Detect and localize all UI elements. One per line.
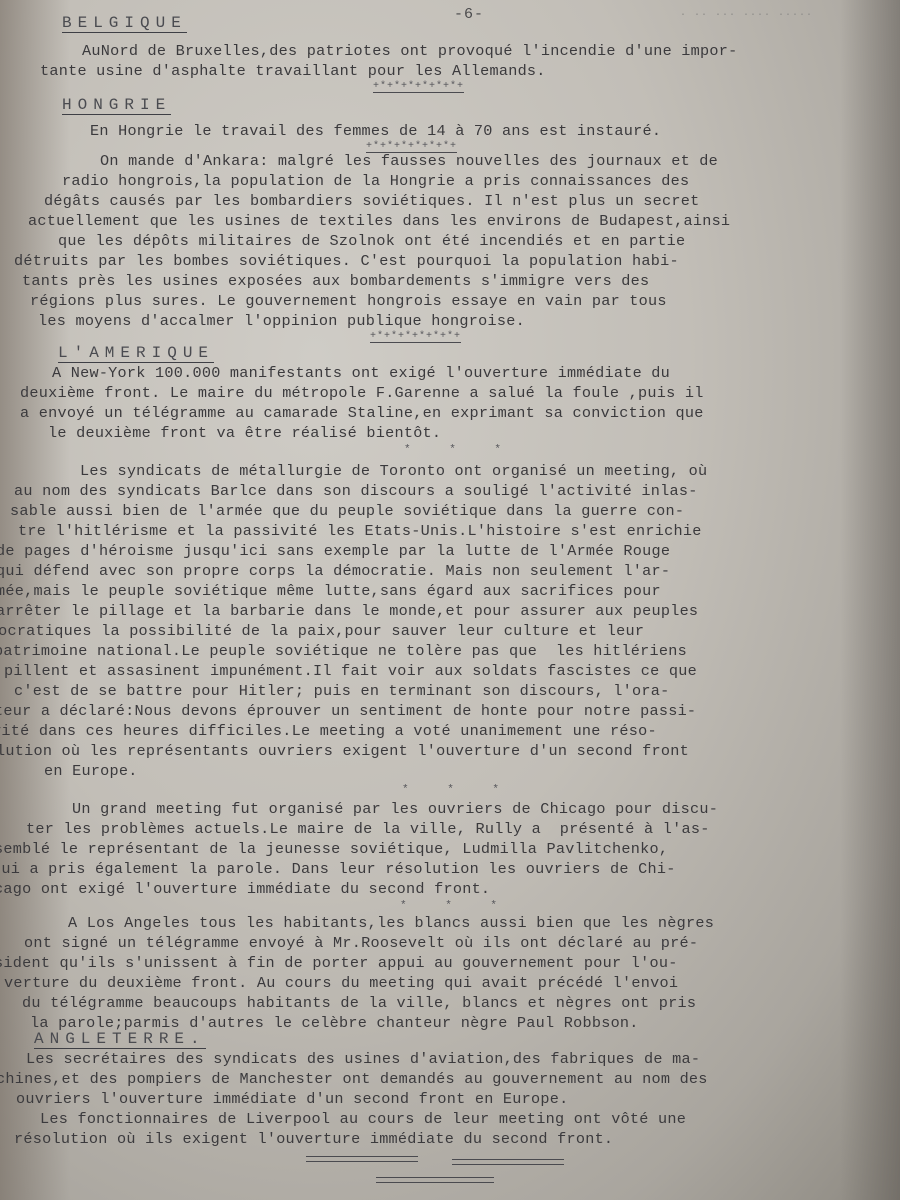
closing-rule-left — [306, 1156, 418, 1162]
separator: * * * — [404, 444, 517, 456]
toronto-para-line: teur a déclaré:Nous devons éprouver un s… — [0, 702, 696, 720]
faint-top-note: · ·· ··· ···· ····· — [680, 10, 813, 21]
separator: * * * — [402, 784, 515, 796]
toronto-para-line: Les syndicats de métallurgie de Toronto … — [80, 462, 707, 480]
amerique-para-line: A New-York 100.000 manifestants ont exig… — [52, 364, 670, 382]
chicago-para-line: ter les problèmes actuels.Le maire de la… — [26, 820, 710, 838]
heading-amerique: L'AMERIQUE — [58, 344, 214, 363]
toronto-para-line: qui défend avec son propre corps la démo… — [0, 562, 670, 580]
losangeles-para-line: ont signé un télégramme envoyé à Mr.Roos… — [24, 934, 698, 952]
chicago-para-line: cago ont exigé l'ouverture immédiate du … — [0, 880, 490, 898]
toronto-para-line: mée,mais le peuple soviétique même lutte… — [0, 582, 661, 600]
chicago-para-line: semblé le représentant de la jeunesse so… — [0, 840, 668, 858]
hongrie-para-line: actuellement que les usines de textiles … — [28, 212, 730, 230]
toronto-para-line: au nom des syndicats Barlce dans son dis… — [14, 482, 698, 500]
typewritten-page: -6- · ·· ··· ···· ····· BELGIQUE AuNord … — [0, 0, 900, 1200]
page-shadow-right — [840, 0, 900, 1200]
separator: * * * — [400, 900, 513, 912]
toronto-para-line: patrimoine national.Le peuple soviétique… — [0, 642, 687, 660]
closing-rule-right — [452, 1159, 564, 1165]
toronto-para-line: c'est de se battre pour Hitler; puis en … — [14, 682, 669, 700]
losangeles-para-line: verture du deuxième front. Au cours du m… — [4, 974, 678, 992]
toronto-para-line: tre l'hitlérisme et la passivité les Eta… — [18, 522, 702, 540]
heading-hongrie: HONGRIE — [62, 96, 171, 115]
hongrie-para-line: On mande d'Ankara: malgré les fausses no… — [100, 152, 718, 170]
losangeles-para-line: du télégramme beaucoups habitants de la … — [22, 994, 696, 1012]
toronto-para-line: sable aussi bien de l'armée que du peupl… — [10, 502, 684, 520]
hongrie-para-line: détruits par les bombes soviétiques. C'e… — [14, 252, 679, 270]
heading-angleterre: ANGLETERRE. — [34, 1030, 206, 1049]
toronto-para-line: de pages d'héroisme jusqu'ici sans exemp… — [0, 542, 670, 560]
hongrie-para-line: radio hongrois,la population de la Hongr… — [62, 172, 689, 190]
hongrie-decoration-2: +*+*+*+*+*+*+ — [370, 332, 461, 343]
belgique-line-2: tante usine d'asphalte travaillant pour … — [40, 62, 546, 80]
toronto-para-line: démocratiques la possibilité de la paix,… — [0, 622, 644, 640]
toronto-para-line: arrêter le pillage et la barbarie dans l… — [0, 602, 698, 620]
chicago-para-line: Un grand meeting fut organisé par les ou… — [72, 800, 718, 818]
belgique-line-1: AuNord de Bruxelles,des patriotes ont pr… — [82, 42, 737, 60]
amerique-para-line: a envoyé un télégramme au camarade Stali… — [20, 404, 704, 422]
toronto-para-line: pillent et assasinent impunément.Il fait… — [4, 662, 697, 680]
hongrie-para-line: que les dépôts militaires de Szolnok ont… — [58, 232, 685, 250]
losangeles-para-line: A Los Angeles tous les habitants,les bla… — [68, 914, 714, 932]
hongrie-para-line: tants près les usines exposées aux bomba… — [22, 272, 649, 290]
amerique-para-line: deuxième front. Le maire du métropole F.… — [20, 384, 704, 402]
angleterre-para-line: ouvriers l'ouverture immédiate d'un seco… — [16, 1090, 568, 1108]
toronto-para-line: en Europe. — [44, 762, 138, 780]
angleterre-para-line: Les secrétaires des syndicats des usines… — [26, 1050, 700, 1068]
amerique-para-line: le deuxième front va être réalisé bientô… — [48, 424, 441, 442]
angleterre-para-line: chines,et des pompiers de Manchester ont… — [0, 1070, 708, 1088]
heading-belgique: BELGIQUE — [62, 14, 187, 33]
angleterre-para-line: résolution où ils exigent l'ouverture im… — [14, 1130, 613, 1148]
hongrie-para-line: dégâts causés par les bombardiers soviét… — [44, 192, 699, 210]
page-number: -6- — [454, 6, 484, 23]
angleterre-para-line: Les fonctionnaires de Liverpool au cours… — [40, 1110, 686, 1128]
toronto-para-line: lution où les représentants ouvriers exi… — [0, 742, 689, 760]
chicago-para-line: qui a pris également la parole. Dans leu… — [0, 860, 676, 878]
losangeles-para-line: sident qu'ils s'unissent à fin de porter… — [0, 954, 678, 972]
belgique-decoration: +*+*+*+*+*+*+ — [373, 82, 464, 93]
hongrie-para-line: les moyens d'accalmer l'oppinion publiqu… — [38, 312, 525, 330]
hongrie-line-1: En Hongrie le travail des femmes de 14 à… — [90, 122, 661, 140]
hongrie-para-line: régions plus sures. Le gouvernement hong… — [30, 292, 667, 310]
toronto-para-line: vité dans ces heures difficiles.Le meeti… — [0, 722, 657, 740]
closing-rule-bottom — [376, 1177, 494, 1183]
